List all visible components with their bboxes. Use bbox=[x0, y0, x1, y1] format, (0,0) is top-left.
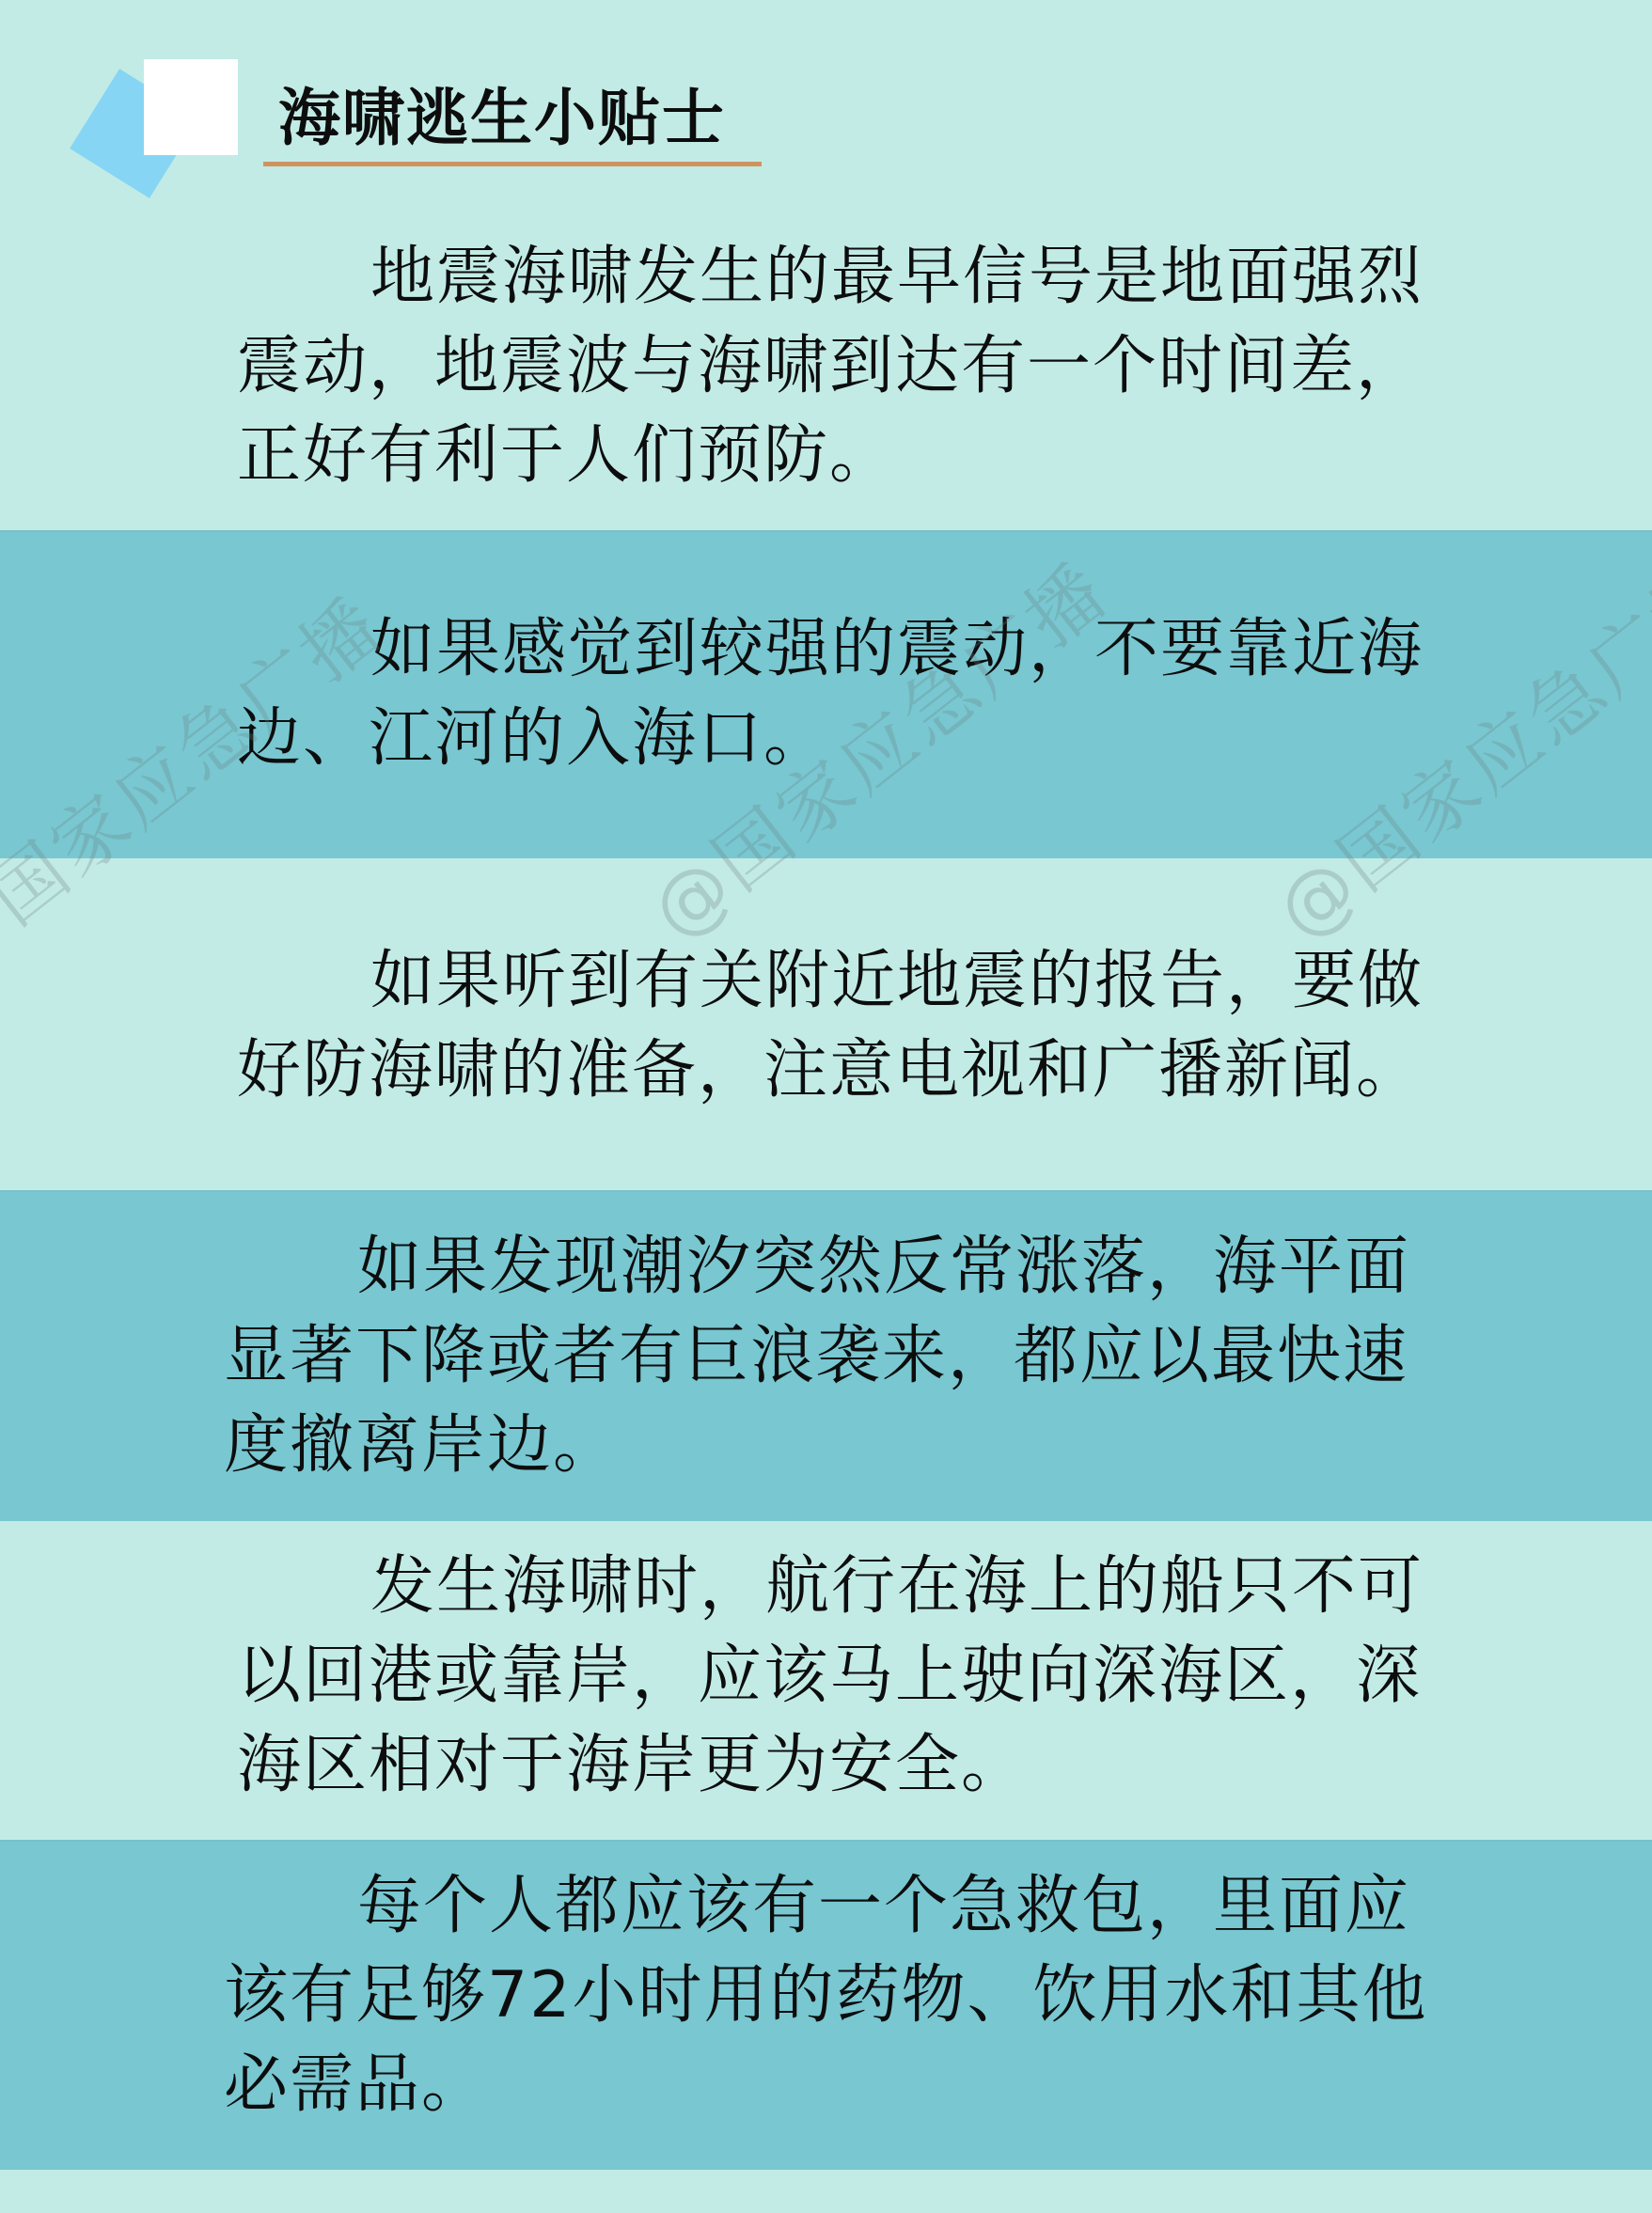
page-title: 海啸逃生小贴士 bbox=[278, 83, 726, 154]
title-underline bbox=[263, 162, 762, 166]
decorative-white-square-icon bbox=[144, 59, 238, 155]
tip-3: 如果听到有关附近地震的报告，要做好防海啸的准备，注意电视和广播新闻。 bbox=[237, 936, 1450, 1115]
tip-6: 每个人都应该有一个急救包，里面应该有足够72小时用的药物、饮用水和其他必需品。 bbox=[224, 1861, 1437, 2129]
tip-4: 如果发现潮汐突然反常涨落，海平面显著下降或者有巨浪袭来，都应以最快速度撤离岸边。 bbox=[224, 1222, 1437, 1490]
tip-2: 如果感觉到较强的震动，不要靠近海边、江河的入海口。 bbox=[237, 604, 1450, 783]
tip-1: 地震海啸发生的最早信号是地面强烈震动，地震波与海啸到达有一个时间差，正好有利于人… bbox=[237, 232, 1450, 500]
tip-5: 发生海啸时，航行在海上的船只不可以回港或靠岸，应该马上驶向深海区，深海区相对于海… bbox=[237, 1542, 1450, 1810]
band-footer bbox=[0, 2170, 1652, 2213]
